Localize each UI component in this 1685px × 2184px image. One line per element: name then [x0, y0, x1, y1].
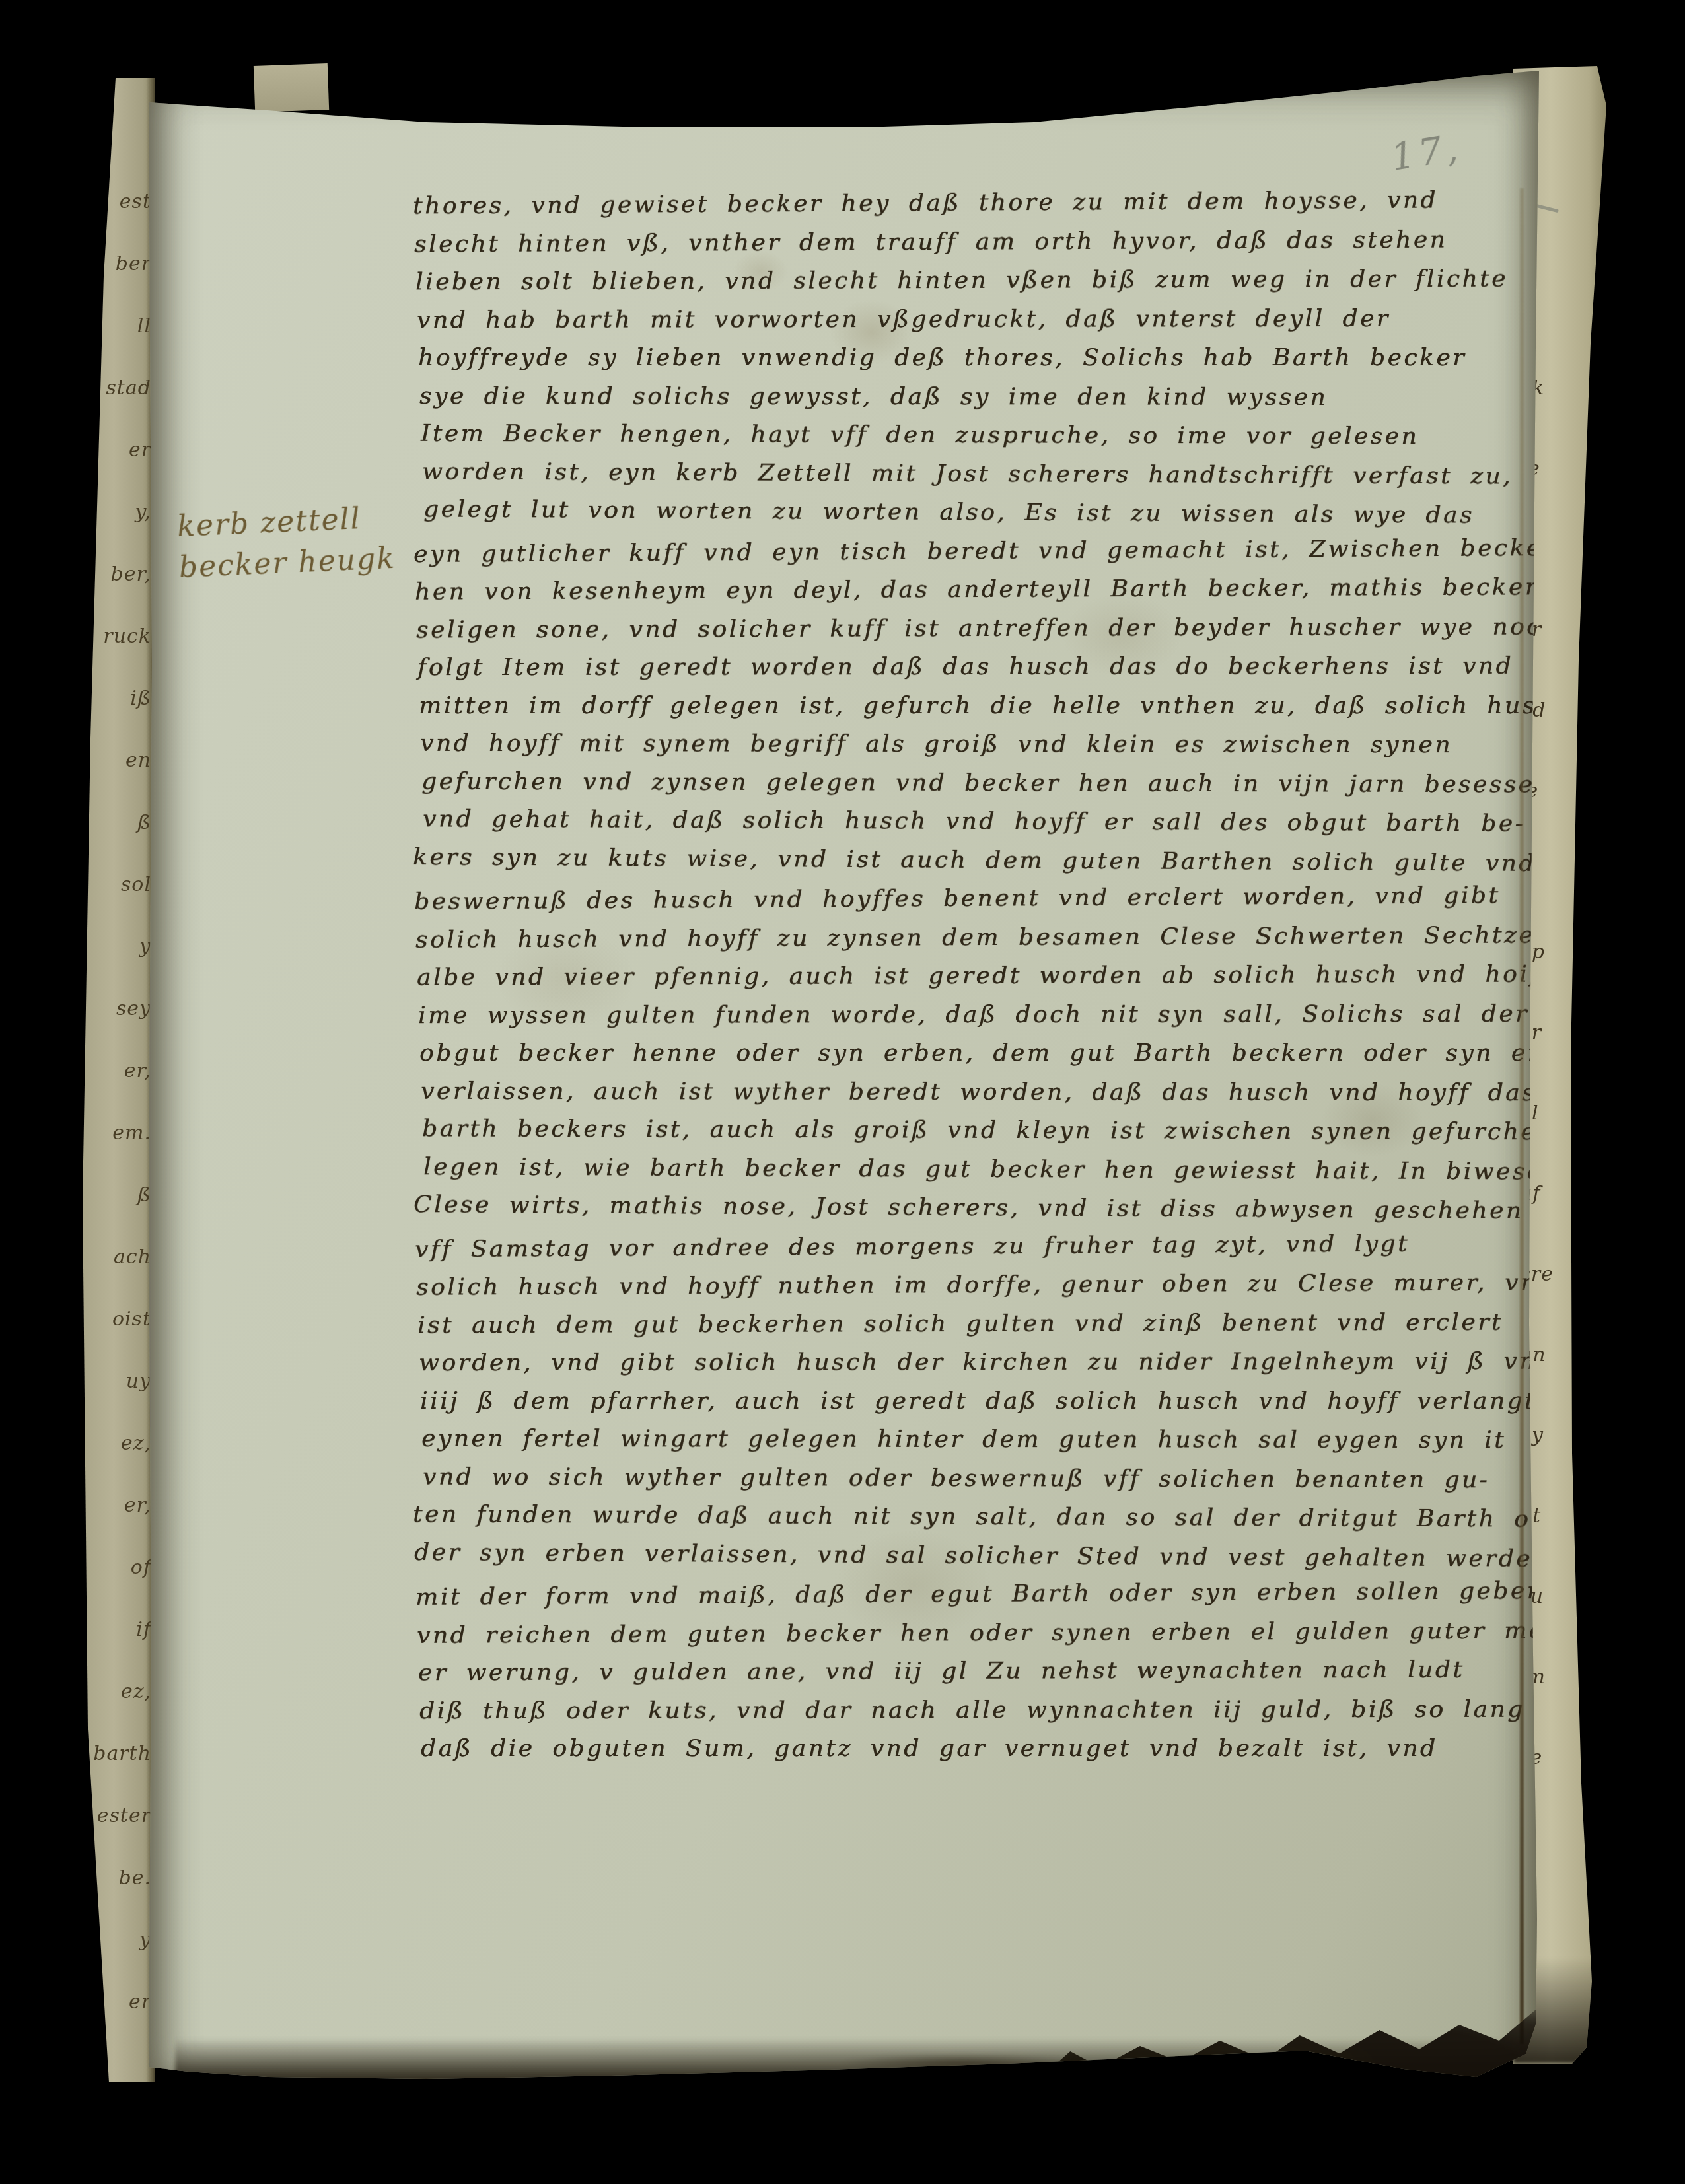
manuscript-line: worden, vnd gibt solich husch der kirche…	[419, 1348, 1554, 1377]
manuscript-line: vnd wo sich wyther gulten oder beswernuß…	[423, 1463, 1489, 1493]
margin-note-line: becker heugk	[178, 542, 396, 584]
cutoff-text-fragment: ruck	[103, 625, 151, 648]
manuscript-line: solich husch vnd hoyff nuthen im dorffe,…	[416, 1269, 1556, 1301]
manuscript-line: barth beckers ist, auch als groiß vnd kl…	[422, 1115, 1617, 1145]
spine-edge-strip: estberllstadery,ber,ruckißenßsolyseyer,e…	[63, 78, 155, 2082]
manuscript-line: ist auch dem gut beckerhen solich gulten…	[417, 1308, 1503, 1339]
manuscript-line: Clese wirts, mathis nose, Jost scherers,…	[413, 1191, 1524, 1224]
paper-tab	[254, 63, 329, 112]
manuscript-line: kers syn zu kuts wise, vnd ist auch dem …	[413, 843, 1536, 877]
manuscript-line: sye die kund solichs gewysst, daß sy ime…	[419, 382, 1328, 411]
manuscript-line: thores, vnd gewiset becker hey daß thore…	[413, 186, 1438, 219]
manuscript-line: iiij ß dem pfarrher, auch ist geredt daß…	[420, 1388, 1536, 1415]
cutoff-text-fragment: barth	[93, 1742, 151, 1765]
bottom-edge-shadow	[175, 2039, 1529, 2092]
manuscript-line: eyn gutlicher kuff vnd eyn tisch beredt …	[413, 534, 1556, 567]
manuscript-line: hoyffreyde sy lieben vnwendig deß thores…	[418, 344, 1466, 371]
margin-note: kerb zettellbecker heugk	[176, 501, 394, 510]
manuscript-line: hen von kesenheym eyn deyl, das andertey…	[415, 573, 1553, 606]
manuscript-line: gefurchen vnd zynsen gelegen vnd becker …	[421, 767, 1552, 798]
manuscript-line: verlaissen, auch ist wyther beredt worde…	[421, 1077, 1536, 1106]
manuscript-line: solich husch vnd hoyff zu zynsen dem bes…	[415, 921, 1571, 954]
manuscript-line: legen ist, wie barth becker das gut beck…	[423, 1153, 1561, 1185]
manuscript-line: vnd gehat hait, daß solich husch vnd hoy…	[423, 805, 1525, 837]
manuscript-line: diß thuß oder kuts, vnd dar nach alle wy…	[419, 1695, 1525, 1724]
manuscript-line: mitten im dorff gelegen ist, gefurch die…	[419, 692, 1570, 719]
manuscript-line: albe vnd vieer pfennig, auch ist geredt …	[417, 961, 1552, 991]
manuscript-text-block: thores, vnd gewiset becker hey daß thore…	[418, 190, 1534, 1841]
manuscript-line: lieben solt blieben, vnd slecht hinten v…	[415, 265, 1508, 296]
manuscript-line: vnd hab barth mit vorworten vßgedruckt, …	[417, 304, 1390, 333]
manuscript-line: gelegt lut von worten zu worten also, Es…	[423, 495, 1474, 528]
cutoff-text-fragment: ber,	[110, 563, 151, 586]
manuscript-line: worden ist, eyn kerb Zettell mit Jost sc…	[422, 458, 1513, 489]
fore-edge-crease	[1520, 188, 1524, 2044]
margin-note-line: kerb zettell	[176, 502, 362, 544]
manuscript-line: ten funden wurde daß auch nit syn salt, …	[413, 1500, 1550, 1533]
manuscript-line: mit der form vnd maiß, daß der egut Bart…	[415, 1577, 1544, 1611]
cutoff-text-fragment: ester	[97, 1804, 151, 1827]
manuscript-line: er werung, v gulden ane, vnd iij gl Zu n…	[418, 1656, 1464, 1687]
manuscript-line: obgut becker henne oder syn erben, dem g…	[419, 1039, 1593, 1067]
manuscript-line: beswernuß des husch vnd hoyffes benent v…	[414, 882, 1500, 915]
photo-stage: estberllstadery,ber,ruckißenßsolyseyer,e…	[0, 0, 1685, 2184]
manuscript-line: vnd hoyff mit synem begriff als groiß vn…	[420, 730, 1452, 758]
manuscript-line: ime wyssen gulten funden worde, daß doch…	[418, 1000, 1529, 1028]
manuscript-line: vnd reichen dem guten becker hen oder sy…	[417, 1617, 1600, 1649]
manuscript-line: Item Becker hengen, hayt vff den zuspruc…	[421, 420, 1419, 450]
manuscript-line: der syn erben verlaissen, vnd sal solich…	[414, 1538, 1560, 1572]
manuscript-page: 17, kerb zettellbecker heugk thores, vnd…	[149, 69, 1539, 2090]
cutoff-text-fragment: stad	[106, 376, 151, 400]
manuscript-line: seligen sone, vnd solicher kuff ist antr…	[416, 613, 1560, 643]
manuscript-line: daß die obguten Sum, gantz vnd gar vernu…	[421, 1735, 1437, 1762]
manuscript-line: slecht hinten vß, vnther dem trauff am o…	[414, 226, 1447, 258]
manuscript-line: vff Samstag vor andree des morgens zu fr…	[415, 1230, 1410, 1263]
manuscript-line: folgt Item ist geredt worden daß das hus…	[417, 652, 1513, 681]
manuscript-line: eynen fertel wingart gelegen hinter dem …	[421, 1425, 1506, 1454]
